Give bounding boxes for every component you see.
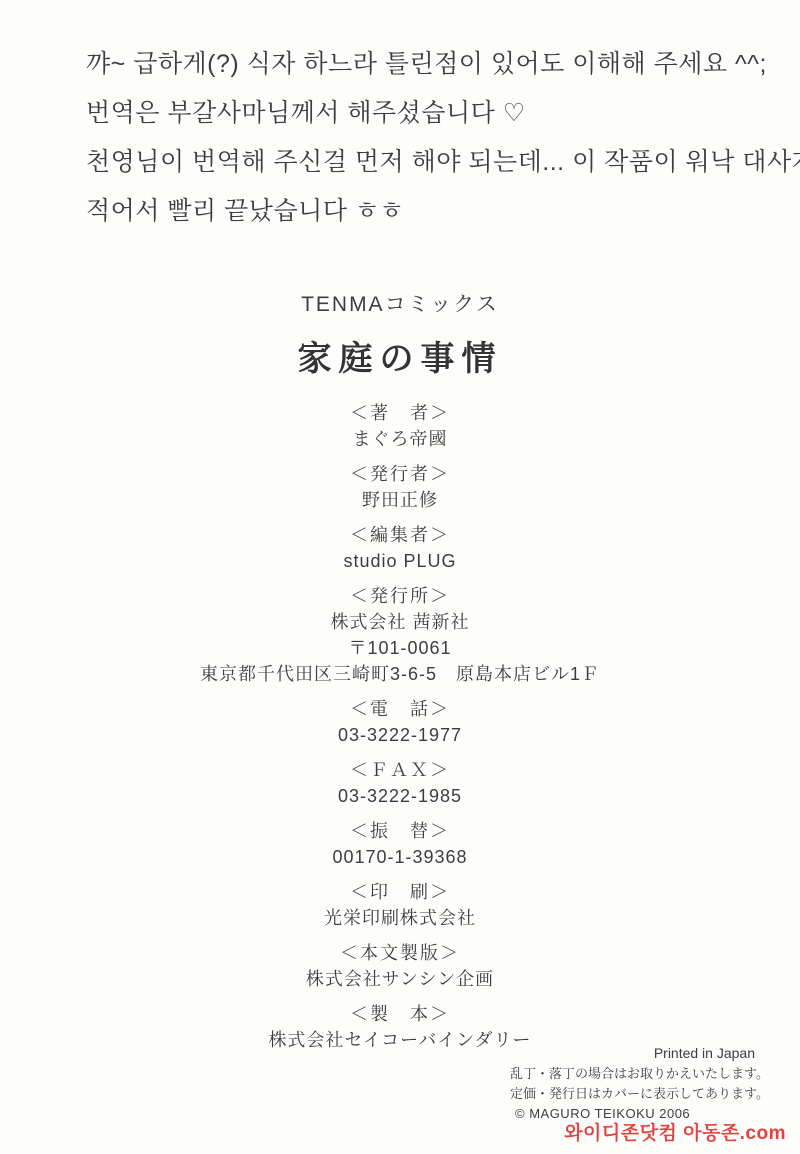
colophon-entry: ＜編集者＞ studio PLUG — [0, 522, 800, 574]
entry-line: 00170-1-39368 — [0, 844, 800, 870]
entry-label: ＜電 話＞ — [0, 696, 800, 722]
translator-note-line: 천영님이 번역해 주신걸 먼저 해야 되는데... 이 작품이 워낙 대사가 — [86, 148, 760, 176]
entry-label: ＜発行所＞ — [0, 583, 800, 609]
translator-note-line: 번역은 부갈사마님께서 해주셨습니다 ♡ — [86, 99, 760, 127]
colophon-entry: ＜本文製版＞ 株式会社サンシン企画 — [0, 940, 800, 992]
entry-label: ＜本文製版＞ — [0, 940, 800, 966]
entry-line: 光栄印刷株式会社 — [0, 905, 800, 931]
colophon-entry: ＜発行者＞ 野田正修 — [0, 461, 800, 513]
printed-in-japan: Printed in Japan — [510, 1043, 762, 1063]
site-watermark: 와이디존닷컴 아동존.com — [564, 1118, 786, 1145]
entry-line: 03-3222-1977 — [0, 722, 800, 748]
entry-label: ＜印 刷＞ — [0, 879, 800, 905]
entry-label: ＜著 者＞ — [0, 400, 800, 426]
footer-note-line: 乱丁・落丁の場合はお取りかえいたします。 — [510, 1064, 762, 1084]
entry-line: 〒101-0061 — [0, 635, 800, 661]
colophon-entry: ＜振 替＞ 00170-1-39368 — [0, 818, 800, 870]
entry-line: studio PLUG — [0, 548, 800, 574]
entry-line: まぐろ帝國 — [0, 426, 800, 452]
entry-label: ＜ＦＡＸ＞ — [0, 757, 800, 783]
translator-notes: 꺄~ 급하게(?) 식자 하느라 틀린점이 있어도 이해해 주세요 ^^; 번역… — [86, 50, 760, 246]
entry-label: ＜発行者＞ — [0, 461, 800, 487]
colophon-entry: ＜発行所＞ 株式会社 茜新社〒101-0061東京都千代田区三崎町3-6-5 原… — [0, 583, 800, 687]
entry-label: ＜編集者＞ — [0, 522, 800, 548]
colophon-entry: ＜印 刷＞ 光栄印刷株式会社 — [0, 879, 800, 931]
entry-line: 東京都千代田区三崎町3-6-5 原島本店ビル1Ｆ — [0, 661, 800, 687]
entry-line: 株式会社 茜新社 — [0, 609, 800, 635]
series-name: TENMAコミックス — [0, 288, 800, 318]
entry-line: 野田正修 — [0, 487, 800, 513]
scanned-colophon-page: 꺄~ 급하게(?) 식자 하느라 틀린점이 있어도 이해해 주세요 ^^; 번역… — [0, 0, 800, 1154]
colophon-entries: ＜著 者＞ まぐろ帝國 ＜発行者＞ 野田正修 ＜編集者＞ studio PLUG… — [0, 400, 800, 1053]
entry-label: ＜製 本＞ — [0, 1001, 800, 1027]
colophon-entry: ＜ＦＡＸ＞ 03-3222-1985 — [0, 757, 800, 809]
entry-line: 株式会社サンシン企画 — [0, 966, 800, 992]
entry-label: ＜振 替＞ — [0, 818, 800, 844]
print-info-block: Printed in Japan 乱丁・落丁の場合はお取りかえいたします。 定価… — [510, 1043, 762, 1124]
book-title: 家庭の事情 — [0, 331, 800, 380]
translator-note-line: 적어서 빨리 끝났습니다 ㅎㅎ — [86, 197, 760, 225]
colophon-entry: ＜著 者＞ まぐろ帝國 — [0, 400, 800, 452]
footer-note-line: 定価・発行日はカバーに表示してあります。 — [510, 1084, 762, 1104]
entry-line: 03-3222-1985 — [0, 783, 800, 809]
colophon-entry: ＜電 話＞ 03-3222-1977 — [0, 696, 800, 748]
translator-note-line: 꺄~ 급하게(?) 식자 하느라 틀린점이 있어도 이해해 주세요 ^^; — [86, 50, 760, 78]
colophon-block: TENMAコミックス 家庭の事情 ＜著 者＞ まぐろ帝國 ＜発行者＞ 野田正修 … — [0, 288, 800, 1053]
